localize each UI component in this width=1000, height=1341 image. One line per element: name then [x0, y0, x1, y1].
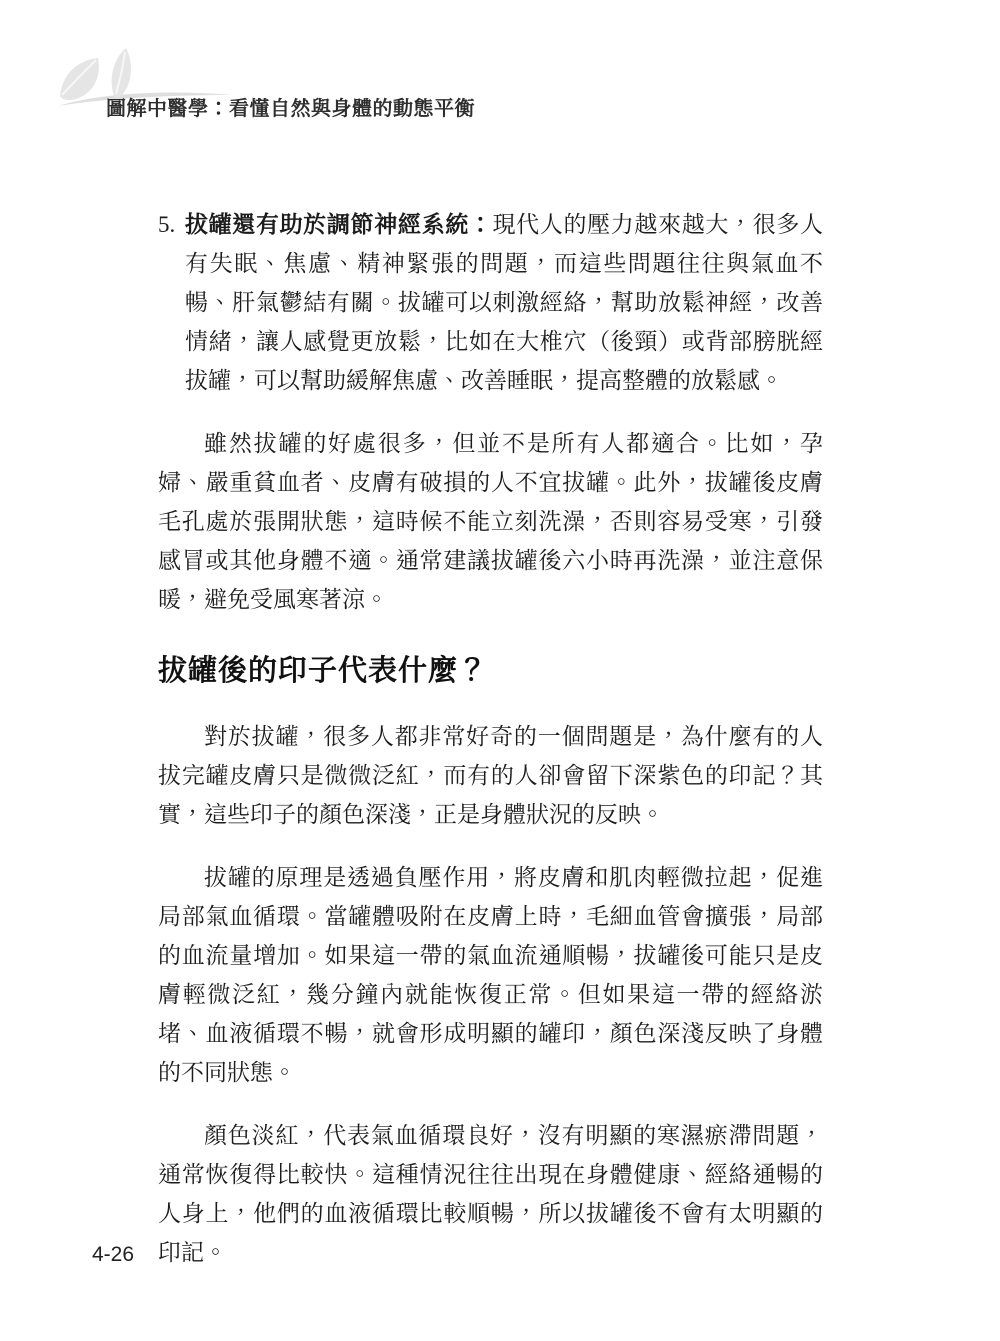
paragraph-question: 對於拔罐，很多人都非常好奇的一個問題是，為什麼有的人拔完罐皮膚只是微微泛紅，而有…	[158, 717, 823, 834]
list-item-number: 5.	[158, 205, 175, 244]
page-body: 5. 拔罐還有助於調節神經系統：現代人的壓力越來越大，很多人有失眠、焦慮、精神緊…	[158, 205, 823, 1272]
section-heading: 拔罐後的印子代表什麼？	[158, 651, 823, 691]
list-item-lead: 拔罐還有助於調節神經系統：	[185, 212, 493, 237]
running-head-book-title: 圖解中醫學：看懂自然與身體的動態平衡	[106, 92, 475, 121]
book-page: 圖解中醫學：看懂自然與身體的動態平衡 5. 拔罐還有助於調節神經系統：現代人的壓…	[0, 0, 1000, 1341]
list-item-text: 現代人的壓力越來越大，很多人有失眠、焦慮、精神緊張的問題，而這些問題往往與氣血不…	[185, 212, 823, 393]
paragraph-principle: 拔罐的原理是透過負壓作用，將皮膚和肌肉輕微拉起，促進局部氣血循環。當罐體吸附在皮…	[158, 858, 823, 1092]
numbered-list-item-5: 5. 拔罐還有助於調節神經系統：現代人的壓力越來越大，很多人有失眠、焦慮、精神緊…	[158, 205, 823, 400]
paragraph-light-red-mark: 顏色淡紅，代表氣血循環良好，沒有明顯的寒濕瘀滯問題，通常恢復得比較快。這種情況往…	[158, 1116, 823, 1272]
page-number: 4-26	[92, 1243, 134, 1267]
paragraph-precautions: 雖然拔罐的好處很多，但並不是所有人都適合。比如，孕婦、嚴重貧血者、皮膚有破損的人…	[158, 424, 823, 619]
